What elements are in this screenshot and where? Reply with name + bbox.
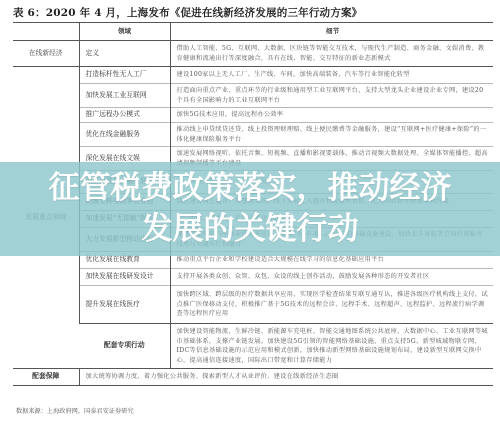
- detail-cell: 加快跨区域、跨层级的医疗数据共享应用，实现医学检查结果互联互通互认，推进各级医疗…: [170, 286, 493, 324]
- headline: 征管税费政策落实，推动经济 发展的关键行动: [0, 168, 500, 250]
- table-row: 推广远程办公模式 加快5G技术应用，提高远程办公效率: [13, 108, 493, 123]
- table-row: 配套保障 加大统筹协调力度、着力强化公共服务、探索新型人才从业评价、建设在线新经…: [13, 369, 493, 386]
- detail-cell: 建设100家以上无人工厂、生产线、车间，加快高端装备、汽车等行业智能化转型: [170, 67, 493, 84]
- field-cell: 加快发展工业互联网: [79, 84, 170, 108]
- header-category: [13, 23, 79, 41]
- table-row: 发展重点领域 打造标杆性无人工厂 建设100家以上无人工厂、生产线、车间，加快高…: [13, 67, 493, 84]
- table-row: 提升发展在线医疗 加快跨区域、跨层级的医疗数据共享应用，实现医学检查结果互联互通…: [13, 286, 493, 324]
- field-cell: 提升发展在线医疗: [79, 286, 170, 324]
- table-row: 加快发展工业互联网 打造面向重点产业、重点环节的行业级和通用型工业互联网平台，支…: [13, 84, 493, 108]
- header-field: 领域: [79, 23, 170, 41]
- table-row: 在线新经济 定义 借助人工智能、5G、互联网、大数据、区块链等智能交互技术，与现…: [13, 41, 493, 67]
- table-row: 配套专项行动 加快建设智能物流、生鲜冷链、新能源车充电桩、智能交通地图系统公共底…: [13, 324, 493, 369]
- detail-cell: 加大统筹协调力度、着力强化公共服务、探索新型人才从业评价、建设在线新经济生态圈: [79, 369, 493, 386]
- detail-cell: 推动线上申贷续贷还贷、线上投资理财理赔、线上便民缴费等金融服务，建设“互联网+医…: [170, 123, 493, 147]
- document-title: 表 6：2020 年 4 月，上海发布《促进在线新经济发展的三年行动方案》: [13, 5, 362, 20]
- field-cell: 优化在线金融服务: [79, 123, 170, 147]
- table-row: 加快发展在线研发设计 支持开展各类众创、众智、众包、众设的线上创作活动，鼓励发展…: [13, 269, 493, 286]
- detail-cell: 加快5G技术应用，提高远程办公效率: [170, 108, 493, 123]
- detail-cell: 打造面向重点产业、重点环节的行业级和通用型工业互联网平台，支持大型龙头企业建设企…: [170, 84, 493, 108]
- category-cell: 配套保障: [13, 369, 79, 386]
- headline-line-2: 发展的关键行动: [0, 209, 500, 250]
- category-cell: 在线新经济: [13, 41, 79, 67]
- field-cell: 加快发展在线研发设计: [79, 269, 170, 286]
- table-row: 优化在线金融服务 推动线上申贷续贷还贷、线上投资理财理赔、线上便民缴费等金融服务…: [13, 123, 493, 147]
- category-cell: 配套专项行动: [79, 324, 170, 369]
- detail-cell: 借助人工智能、5G、互联网、大数据、区块链等智能交互技术，与现代生产制造、商务金…: [170, 41, 493, 67]
- detail-cell: 支持开展各类众创、众智、众包、众设的线上创作活动，鼓励发展各种形态的开发者社区: [170, 269, 493, 286]
- headline-line-1: 征管税费政策落实，推动经济: [0, 168, 500, 209]
- field-cell: 定义: [79, 41, 170, 67]
- data-source-note: 数据来源：上海政府网，国泰君安证券研究: [16, 406, 134, 415]
- table-header-row: 领域 细节: [13, 23, 493, 41]
- field-cell: 推广远程办公模式: [79, 108, 170, 123]
- header-detail: 细节: [170, 23, 493, 41]
- detail-cell: 加快建设智能物流、生鲜冷链、新能源车充电桩、智能交通地图系统公共底座、大数据中心…: [170, 324, 493, 369]
- field-cell: 打造标杆性无人工厂: [79, 67, 170, 84]
